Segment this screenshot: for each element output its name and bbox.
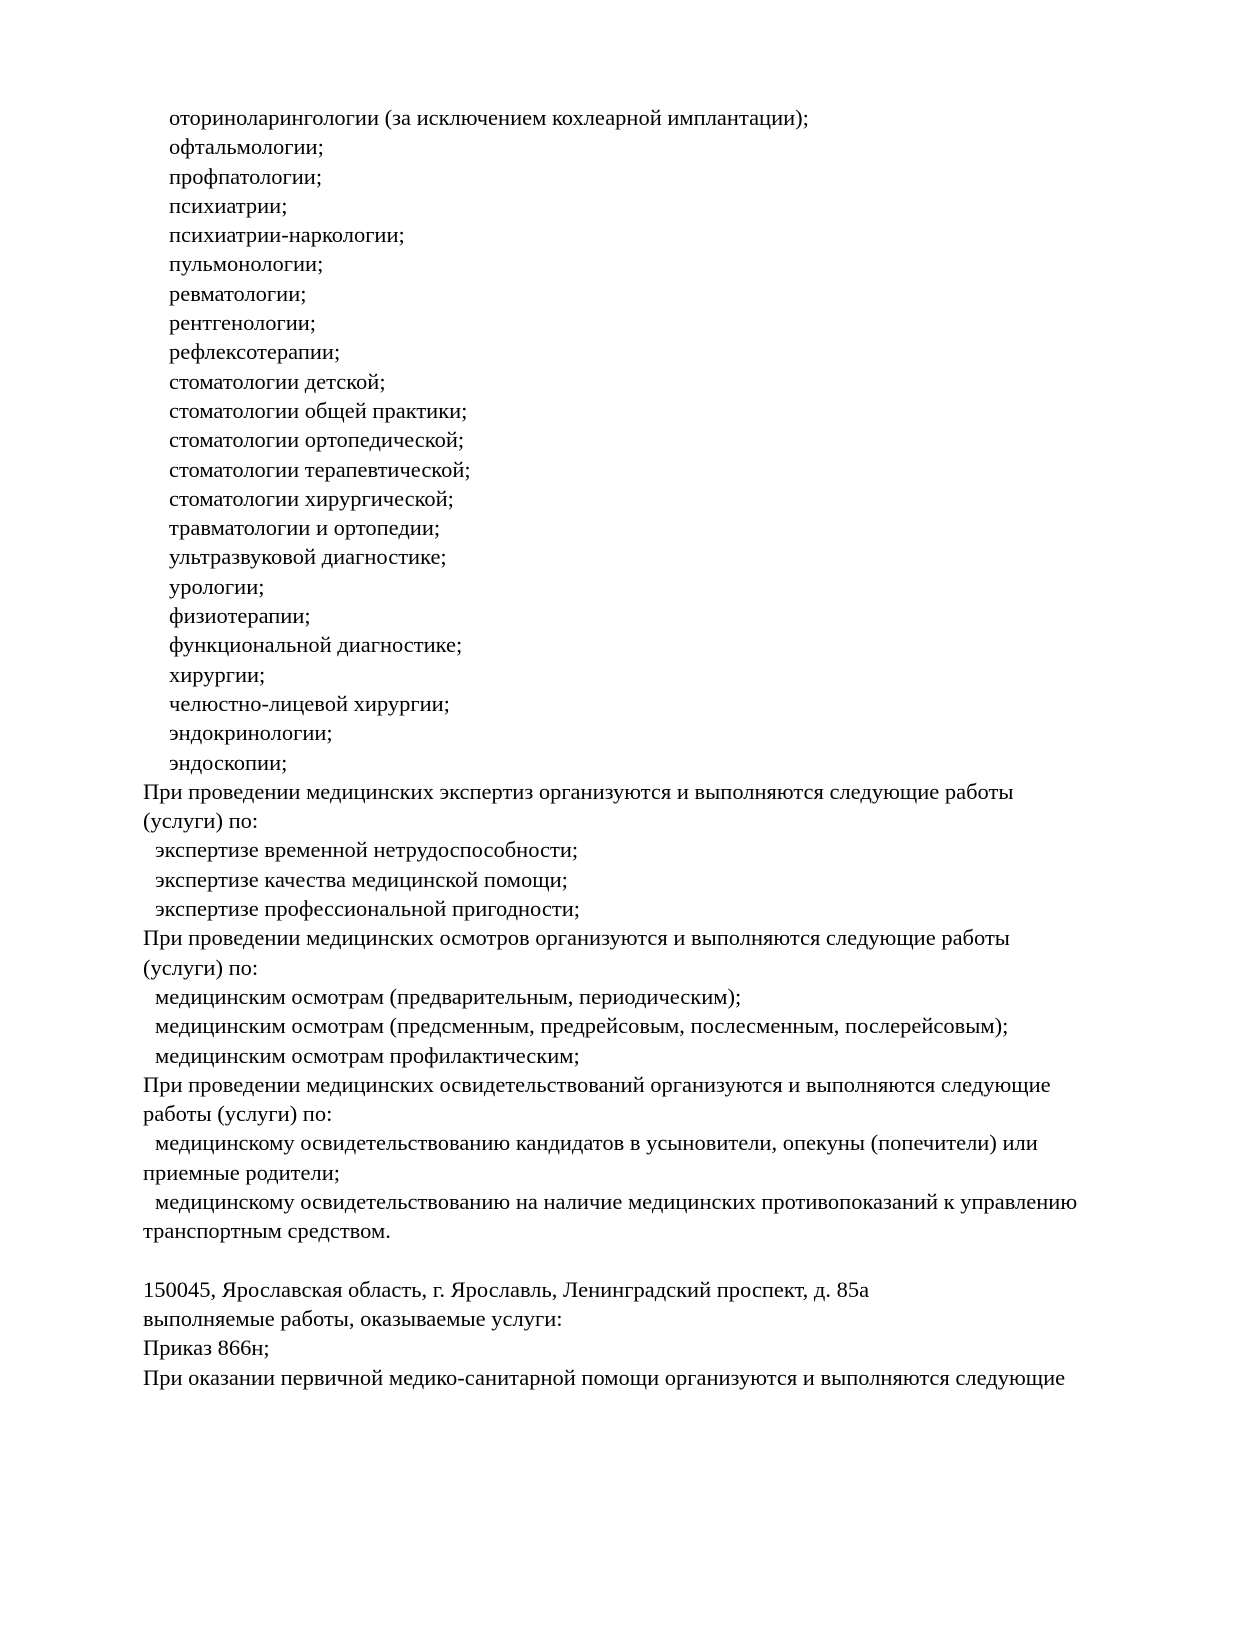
list-item: психиатрии;	[143, 191, 1153, 220]
section-heading: (услуги) по:	[143, 806, 1153, 835]
list-item: экспертизе временной нетрудоспособности;	[143, 835, 1153, 864]
works-label: выполняемые работы, оказываемые услуги:	[143, 1304, 1153, 1333]
blank-line	[143, 1246, 1153, 1275]
list-item: стоматологии хирургической;	[143, 484, 1153, 513]
list-item: рефлексотерапии;	[143, 337, 1153, 366]
list-item: хирургии;	[143, 660, 1153, 689]
address: 150045, Ярославская область, г. Ярославл…	[143, 1275, 1153, 1304]
list-item-continuation: приемные родители;	[143, 1158, 1153, 1187]
list-item: экспертизе качества медицинской помощи;	[143, 865, 1153, 894]
examinations-section: При проведении медицинских осмотров орга…	[143, 923, 1153, 1069]
section-heading: При проведении медицинских осмотров орга…	[143, 923, 1153, 952]
list-item: физиотерапии;	[143, 601, 1153, 630]
section-heading: При проведении медицинских экспертиз орг…	[143, 777, 1153, 806]
list-item: оториноларингологии (за исключением кохл…	[143, 103, 1153, 132]
address-section: 150045, Ярославская область, г. Ярославл…	[143, 1275, 1153, 1392]
list-item: психиатрии-наркологии;	[143, 220, 1153, 249]
list-item: офтальмологии;	[143, 132, 1153, 161]
section-heading: работы (услуги) по:	[143, 1099, 1153, 1128]
section-heading: (услуги) по:	[143, 953, 1153, 982]
list-item: медицинским осмотрам (предварительным, п…	[143, 982, 1153, 1011]
document-page: оториноларингологии (за исключением кохл…	[143, 103, 1153, 1392]
primary-care-heading: При оказании первичной медико-санитарной…	[143, 1363, 1153, 1392]
list-item: пульмонологии;	[143, 249, 1153, 278]
specialty-list: оториноларингологии (за исключением кохл…	[143, 103, 1153, 777]
list-item: медицинскому освидетельствованию на нали…	[143, 1187, 1153, 1216]
list-item: функциональной диагностике;	[143, 630, 1153, 659]
list-item: челюстно-лицевой хирургии;	[143, 689, 1153, 718]
list-item: ревматологии;	[143, 279, 1153, 308]
list-item: экспертизе профессиональной пригодности;	[143, 894, 1153, 923]
list-item: стоматологии терапевтической;	[143, 455, 1153, 484]
list-item: профпатологии;	[143, 162, 1153, 191]
list-item: стоматологии общей практики;	[143, 396, 1153, 425]
expertise-section: При проведении медицинских экспертиз орг…	[143, 777, 1153, 923]
list-item: рентгенологии;	[143, 308, 1153, 337]
list-item: ультразвуковой диагностике;	[143, 542, 1153, 571]
list-item-continuation: транспортным средством.	[143, 1216, 1153, 1245]
list-item: урологии;	[143, 572, 1153, 601]
list-item: медицинскому освидетельствованию кандида…	[143, 1128, 1153, 1157]
list-item: стоматологии ортопедической;	[143, 425, 1153, 454]
list-item: медицинским осмотрам (предсменным, предр…	[143, 1011, 1153, 1040]
section-heading: При проведении медицинских освидетельств…	[143, 1070, 1153, 1099]
order-reference: Приказ 866н;	[143, 1333, 1153, 1362]
list-item: эндоскопии;	[143, 748, 1153, 777]
list-item: медицинским осмотрам профилактическим;	[143, 1041, 1153, 1070]
list-item: эндокринологии;	[143, 718, 1153, 747]
list-item: травматологии и ортопедии;	[143, 513, 1153, 542]
certifications-section: При проведении медицинских освидетельств…	[143, 1070, 1153, 1246]
list-item: стоматологии детской;	[143, 367, 1153, 396]
